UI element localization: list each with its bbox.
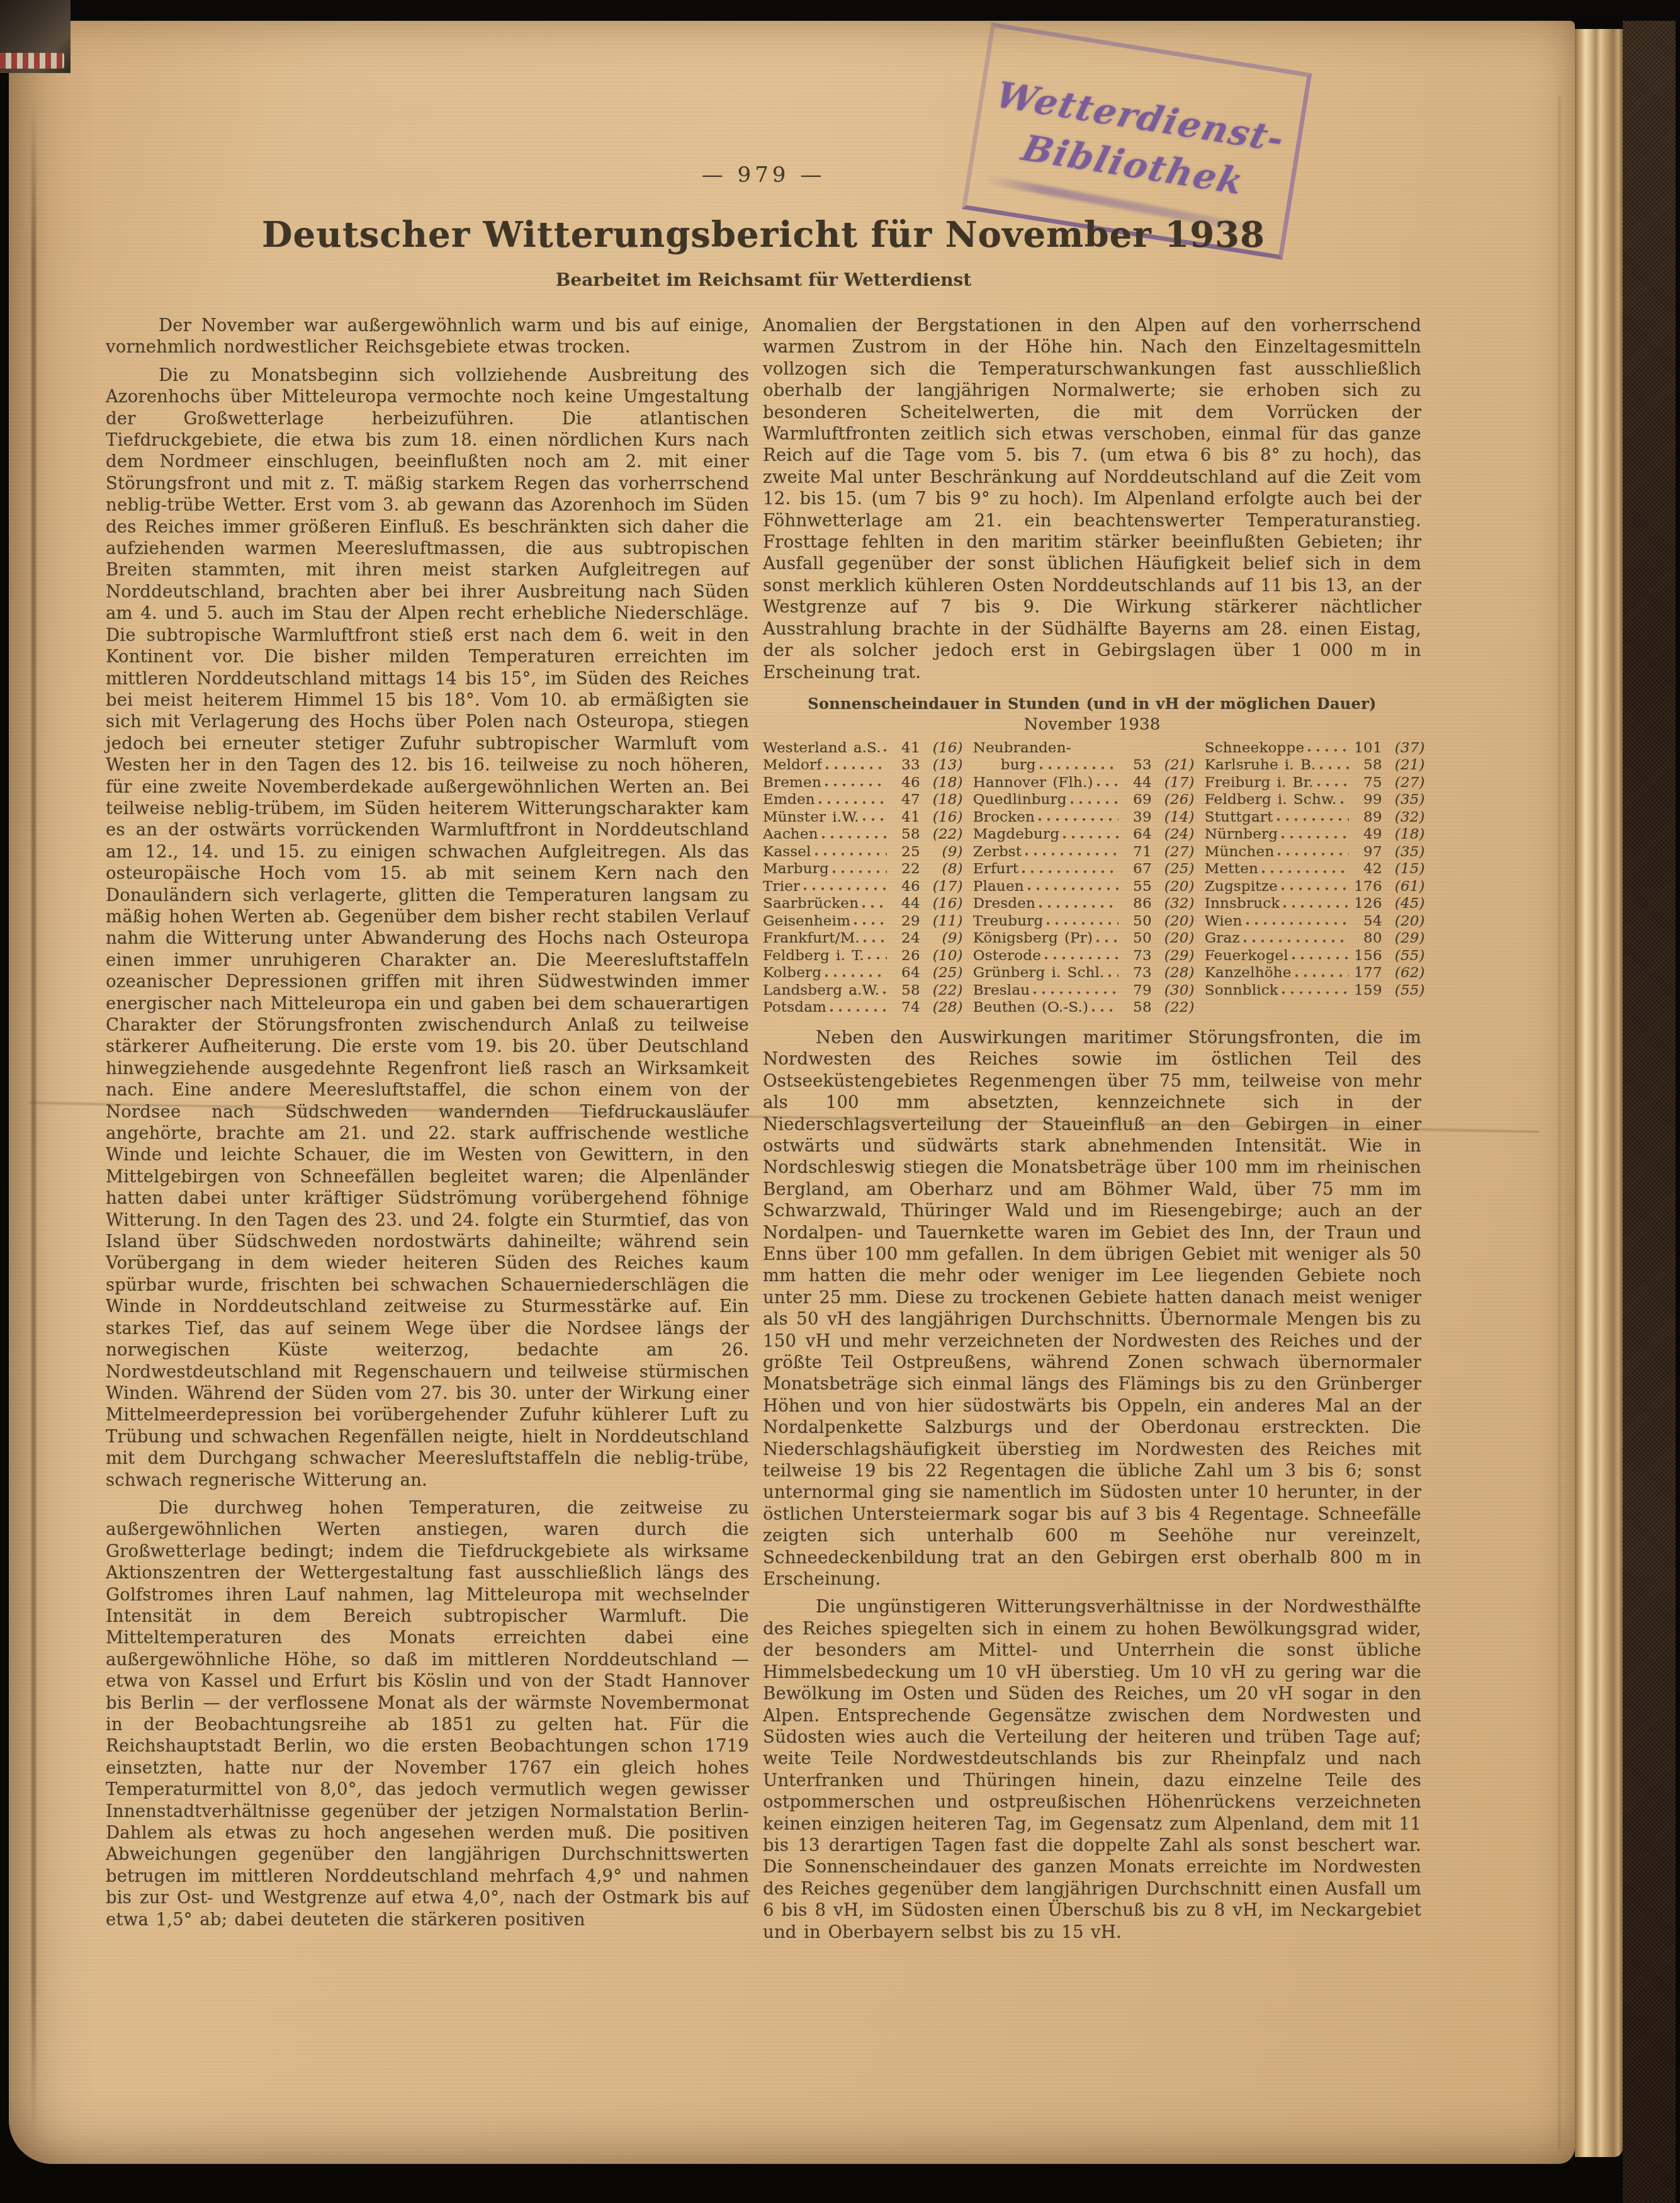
station-name: Trier	[763, 878, 800, 896]
sunshine-percent-value: (28)	[1152, 965, 1195, 982]
dot-leader	[1045, 915, 1118, 928]
table-row: Innsbruck126(45)	[1205, 895, 1425, 913]
paragraph: Neben den Auswirkungen maritimer Störung…	[763, 1027, 1421, 1590]
station-name: Wien	[1205, 913, 1243, 931]
table-row: Westerland a.S.41(16)	[763, 740, 963, 757]
station-name: Hannover (Flh.)	[973, 774, 1093, 792]
table-row: Erfurt67(25)	[973, 861, 1195, 878]
station-name: Sonnblick	[1205, 982, 1278, 1000]
sunshine-percent-value: (16)	[920, 740, 963, 757]
dot-leader	[1037, 811, 1119, 824]
headband	[0, 53, 64, 69]
sunshine-duration-table: Sonnenscheindauer in Stunden (und in vH …	[763, 694, 1421, 1017]
table-row: Hannover (Flh.)44(17)	[973, 774, 1195, 792]
sunshine-hours-value: 25	[889, 844, 920, 861]
sunshine-percent-value: (15)	[1382, 861, 1425, 878]
table-row: Geisenheim29(11)	[763, 913, 963, 931]
dot-leader	[1275, 811, 1349, 824]
document-title: Deutscher Witterungsbericht für November…	[107, 214, 1420, 256]
table-row: Beuthen (O.-S.)58(22)	[973, 999, 1195, 1017]
sunshine-hours-value: 67	[1120, 861, 1152, 878]
dot-leader	[1306, 742, 1348, 755]
station-name: Quedlinburg	[973, 791, 1067, 809]
station-name: Kassel	[763, 844, 811, 861]
sunshine-percent-value: (21)	[1152, 757, 1195, 774]
station-name: Potsdam	[763, 999, 826, 1017]
table-row: Feldberg i. Schw.99(35)	[1205, 791, 1425, 809]
sunshine-percent-value: (22)	[1152, 999, 1195, 1017]
dot-leader	[823, 776, 887, 790]
sunshine-percent-value: (22)	[920, 982, 963, 1000]
sunshine-percent-value: (30)	[1152, 982, 1195, 1000]
dot-leader	[1020, 863, 1118, 876]
table-row: Schneekoppe101(37)	[1205, 740, 1425, 757]
dot-leader	[1318, 759, 1349, 773]
sunshine-percent-value: (8)	[920, 861, 963, 878]
sunshine-percent-value: (17)	[1152, 774, 1195, 792]
sunshine-percent-value: (62)	[1382, 965, 1425, 982]
sunshine-hours-value: 46	[889, 774, 920, 792]
table-row: Feuerkogel156(55)	[1205, 948, 1425, 965]
station-name: Emden	[763, 791, 815, 809]
sunshine-hours-value: 53	[1120, 757, 1152, 774]
station-name: Innsbruck	[1205, 895, 1280, 913]
dot-leader	[1260, 863, 1349, 876]
sunshine-percent-value: (25)	[920, 965, 963, 982]
station-name: Saarbrücken	[763, 895, 859, 913]
table-row: München97(35)	[1205, 844, 1425, 861]
right-text-column: Anomalien der Bergstationen in den Alpen…	[763, 315, 1421, 1949]
station-name: Feuerkogel	[1205, 948, 1288, 965]
sunshine-hours-value: 41	[889, 740, 920, 757]
spine-crease	[31, 103, 36, 2136]
sunshine-hours-value: 73	[1120, 965, 1152, 982]
sunshine-percent-value: (18)	[920, 791, 963, 809]
sunshine-percent-value: (32)	[1152, 895, 1195, 913]
sunshine-hours-value: 89	[1351, 809, 1382, 827]
station-name: Königsberg (Pr)	[973, 930, 1093, 948]
dot-leader	[823, 967, 886, 980]
left-text-column: Der November war außergewöhnlich warm un…	[106, 315, 749, 1937]
station-name: Karlsruhe i. B.	[1205, 757, 1316, 774]
table-row: Bremen46(18)	[763, 774, 963, 792]
sunshine-percent-value: (13)	[920, 757, 963, 774]
sunshine-hours-value: 79	[1120, 982, 1152, 1000]
sunshine-table-column: Westerland a.S.41(16)Meldorf33(13)Bremen…	[763, 740, 963, 1017]
sunshine-hours-value: 75	[1351, 774, 1382, 792]
sunshine-percent-value: (55)	[1382, 948, 1425, 965]
sunshine-percent-value: (9)	[920, 930, 963, 948]
table-row: Osterode73(29)	[973, 948, 1195, 965]
dot-leader	[1107, 967, 1119, 980]
sunshine-hours-value: 177	[1351, 965, 1382, 982]
dot-leader	[1095, 776, 1119, 790]
table-row: Saarbrücken44(16)	[763, 895, 963, 913]
table-row: Trier46(17)	[763, 878, 963, 896]
sunshine-percent-value: (18)	[920, 774, 963, 792]
table-row: Magdeburg64(24)	[973, 826, 1195, 844]
sunshine-percent-value: (20)	[1382, 913, 1425, 931]
dot-leader	[1095, 932, 1119, 946]
dot-leader	[862, 932, 887, 946]
station-name: Osterode	[973, 948, 1041, 965]
station-name: Kolberg	[763, 965, 821, 982]
table-row: Marburg22(8)	[763, 861, 963, 878]
sunshine-hours-value: 58	[1120, 999, 1152, 1017]
sunshine-percent-value: (11)	[920, 913, 963, 931]
station-name: Treuburg	[973, 913, 1044, 931]
station-name: Plauen	[973, 878, 1024, 896]
dot-leader	[861, 811, 887, 824]
sunshine-hours-value: 58	[889, 826, 920, 844]
table-row: Feldberg i. T.26(10)	[763, 948, 963, 965]
station-name: Brocken	[973, 809, 1035, 827]
scan-top-shadow	[0, 0, 1680, 21]
sunshine-percent-value: (61)	[1382, 878, 1425, 896]
sunshine-percent-value: (26)	[1152, 791, 1195, 809]
dot-leader	[1090, 1002, 1119, 1015]
table-row: Metten42(15)	[1205, 861, 1425, 878]
paragraph-continuation: Anomalien der Bergstationen in den Alpen…	[763, 315, 1421, 683]
table-row: Brocken39(14)	[973, 809, 1195, 827]
sunshine-table-column: Neubranden-burg53(21)Hannover (Flh.)44(1…	[973, 740, 1195, 1017]
table-row: Karlsruhe i. B.58(21)	[1205, 757, 1425, 774]
station-name: Westerland a.S.	[763, 740, 880, 757]
sunshine-hours-value: 69	[1120, 791, 1152, 809]
station-name: Bremen	[763, 774, 821, 792]
paragraph: Die durchweg hohen Temperaturen, die zei…	[106, 1497, 749, 1930]
table-title: Sonnenscheindauer in Stunden (und in vH …	[763, 694, 1421, 713]
station-name: Kanzelhöhe	[1205, 965, 1292, 982]
dot-leader	[1032, 984, 1118, 997]
sunshine-hours-value: 50	[1120, 930, 1152, 948]
station-name: Stuttgart	[1205, 809, 1273, 827]
table-row: Quedlinburg69(26)	[973, 791, 1195, 809]
sunshine-hours-value: 99	[1351, 791, 1382, 809]
dot-leader	[1290, 949, 1349, 963]
table-row: Stuttgart89(32)	[1205, 809, 1425, 827]
sunshine-table-columns: Westerland a.S.41(16)Meldorf33(13)Bremen…	[763, 740, 1421, 1017]
sunshine-percent-value: (35)	[1382, 791, 1425, 809]
table-row: Freiburg i. Br.75(27)	[1205, 774, 1425, 792]
sunshine-percent-value: (27)	[1382, 774, 1425, 792]
table-row: Grünberg i. Schl.73(28)	[973, 965, 1195, 982]
sunshine-percent-value: (24)	[1152, 826, 1195, 844]
sunshine-hours-value: 41	[889, 809, 920, 827]
station-name: Metten	[1205, 861, 1258, 878]
sunshine-hours-value: 24	[889, 930, 920, 948]
dot-leader	[828, 1002, 887, 1015]
sunshine-hours-value: 74	[889, 999, 920, 1017]
dot-leader	[1026, 880, 1119, 893]
sunshine-hours-value: 58	[1351, 757, 1382, 774]
dot-leader	[860, 898, 887, 911]
sunshine-hours-value: 64	[1120, 826, 1152, 844]
sunshine-percent-value: (9)	[920, 844, 963, 861]
station-name: Beuthen (O.-S.)	[973, 999, 1088, 1017]
sunshine-percent-value: (22)	[920, 826, 963, 844]
table-row: Landsberg a.W.58(22)	[763, 982, 963, 1000]
table-row: Dresden86(32)	[973, 895, 1195, 913]
dot-leader	[852, 915, 887, 928]
dot-leader	[1244, 915, 1349, 928]
dot-leader	[881, 984, 887, 997]
sunshine-hours-value: 73	[1120, 948, 1152, 965]
table-row: Zugspitze176(61)	[1205, 878, 1425, 896]
document-subtitle: Bearbeitet im Reichsamt für Wetterdienst	[107, 269, 1420, 290]
sunshine-percent-value: (25)	[1152, 861, 1195, 878]
dot-leader	[1316, 776, 1349, 790]
sunshine-hours-value: 29	[889, 913, 920, 931]
table-row: Potsdam74(28)	[763, 999, 963, 1017]
sunshine-hours-value: 101	[1351, 740, 1382, 757]
sunshine-hours-value: 54	[1351, 913, 1382, 931]
paragraph: Der November war außergewöhnlich warm un…	[106, 315, 749, 358]
table-row: Königsberg (Pr)50(20)	[973, 930, 1195, 948]
paragraph: Die zu Monatsbeginn sich vollziehende Au…	[106, 365, 749, 1491]
station-name: Feldberg i. Schw.	[1205, 791, 1337, 809]
table-row: Zerbst71(27)	[973, 844, 1195, 861]
sunshine-hours-value: 49	[1351, 826, 1382, 844]
sunshine-hours-value: 176	[1351, 878, 1382, 896]
table-row: Sonnblick159(55)	[1205, 982, 1425, 1000]
table-row: Meldorf33(13)	[763, 757, 963, 774]
station-name: Aachen	[763, 826, 818, 844]
station-name-wrap: Neubranden-	[973, 740, 1195, 757]
sunshine-hours-value: 39	[1120, 809, 1152, 827]
sunshine-percent-value: (29)	[1382, 930, 1425, 948]
sunshine-percent-value: (18)	[1382, 826, 1425, 844]
station-name: Meldorf	[763, 757, 822, 774]
sunshine-hours-value: 97	[1351, 844, 1382, 861]
sunshine-percent-value: (32)	[1382, 809, 1425, 827]
station-name: Graz	[1205, 930, 1240, 948]
table-row: Frankfurt/M.24(9)	[763, 930, 963, 948]
book-cover-edge	[1623, 0, 1676, 2203]
sunshine-hours-value: 50	[1120, 913, 1152, 931]
sunshine-hours-value: 126	[1351, 895, 1382, 913]
table-row: burg53(21)	[973, 757, 1195, 774]
sunshine-hours-value: 86	[1120, 895, 1152, 913]
station-name: Frankfurt/M.	[763, 930, 860, 948]
sunshine-hours-value: 64	[889, 965, 920, 982]
station-name: Landsberg a.W.	[763, 982, 879, 1000]
dot-leader	[1069, 794, 1119, 807]
scanned-book-page: { "page": { "folio": "— 979 —" }, "stamp…	[0, 0, 1680, 2203]
station-name: München	[1205, 844, 1275, 861]
dot-leader	[1282, 898, 1348, 911]
sunshine-hours-value: 33	[889, 757, 920, 774]
sunshine-percent-value: (14)	[1152, 809, 1195, 827]
sunshine-percent-value: (21)	[1382, 757, 1425, 774]
sunshine-hours-value: 22	[889, 861, 920, 878]
station-name: Breslau	[973, 982, 1030, 1000]
table-row: Emden47(18)	[763, 791, 963, 809]
sunshine-percent-value: (29)	[1152, 948, 1195, 965]
sunshine-hours-value: 80	[1351, 930, 1382, 948]
station-name: Dresden	[973, 895, 1035, 913]
dot-leader	[1061, 829, 1119, 842]
table-row: Kanzelhöhe177(62)	[1205, 965, 1425, 982]
table-row: Treuburg50(20)	[973, 913, 1195, 931]
dot-leader	[1276, 846, 1348, 859]
sunshine-hours-value: 71	[1120, 844, 1152, 861]
station-name: Freiburg i. Br.	[1205, 774, 1314, 792]
sunshine-percent-value: (20)	[1152, 913, 1195, 931]
station-name: Grünberg i. Schl.	[973, 965, 1105, 982]
station-name: burg	[1001, 757, 1036, 774]
table-date: November 1938	[763, 713, 1421, 736]
sunshine-percent-value: (16)	[920, 809, 963, 827]
station-name: Geisenheim	[763, 913, 850, 931]
sunshine-percent-value: (17)	[920, 878, 963, 896]
dot-leader	[824, 759, 887, 773]
dot-leader	[1023, 846, 1118, 859]
sunshine-percent-value: (20)	[1152, 930, 1195, 948]
table-row: Plauen55(20)	[973, 878, 1195, 896]
sunshine-percent-value: (35)	[1382, 844, 1425, 861]
sunshine-hours-value: 26	[889, 948, 920, 965]
sunshine-table-column: Schneekoppe101(37)Karlsruhe i. B.58(21)F…	[1205, 740, 1425, 1017]
dot-leader	[1280, 880, 1349, 893]
station-name: Erfurt	[973, 861, 1019, 878]
sunshine-hours-value: 42	[1351, 861, 1382, 878]
paragraph: Die ungünstigeren Witterungsverhältnisse…	[763, 1596, 1421, 1943]
sunshine-hours-value: 44	[889, 895, 920, 913]
dot-leader	[1038, 759, 1119, 773]
station-name: Nürnberg	[1205, 826, 1278, 844]
dot-leader	[866, 949, 887, 963]
dot-leader	[802, 880, 886, 893]
table-row: Aachen58(22)	[763, 826, 963, 844]
dot-leader	[1339, 794, 1349, 807]
station-name: Zerbst	[973, 844, 1022, 861]
fore-edge-crease	[1559, 96, 1560, 2149]
dot-leader	[1242, 932, 1349, 946]
station-name: Schneekoppe	[1205, 740, 1305, 757]
table-row: Kassel25(9)	[763, 844, 963, 861]
sunshine-percent-value: (37)	[1382, 740, 1425, 757]
sunshine-percent-value: (20)	[1152, 878, 1195, 896]
sunshine-percent-value: (28)	[920, 999, 963, 1017]
dot-leader	[1294, 967, 1349, 980]
dot-leader	[882, 742, 887, 755]
sunshine-hours-value: 159	[1351, 982, 1382, 1000]
table-row: Nürnberg49(18)	[1205, 826, 1425, 844]
table-row: Kolberg64(25)	[763, 965, 963, 982]
sunshine-percent-value: (16)	[920, 895, 963, 913]
station-name: Marburg	[763, 861, 829, 878]
table-row: Breslau79(30)	[973, 982, 1195, 1000]
dot-leader	[1280, 829, 1349, 842]
sunshine-percent-value: (27)	[1152, 844, 1195, 861]
sunshine-percent-value: (45)	[1382, 895, 1425, 913]
sunshine-percent-value: (55)	[1382, 982, 1425, 1000]
table-row: Graz80(29)	[1205, 930, 1425, 948]
sunshine-hours-value: 46	[889, 878, 920, 896]
sunshine-hours-value: 47	[889, 791, 920, 809]
dot-leader	[831, 863, 887, 876]
dot-leader	[1280, 984, 1349, 997]
dot-leader	[820, 829, 887, 842]
sunshine-hours-value: 58	[889, 982, 920, 1000]
dot-leader	[1037, 898, 1119, 911]
sunshine-hours-value: 55	[1120, 878, 1152, 896]
dot-leader	[813, 846, 887, 859]
station-name: Magdeburg	[973, 826, 1059, 844]
station-name: Feldberg i. T.	[763, 948, 864, 965]
dot-leader	[817, 794, 887, 807]
station-name: Münster i.W.	[763, 809, 859, 827]
table-row: Wien54(20)	[1205, 913, 1425, 931]
page-stack-edges	[1575, 29, 1623, 2157]
sunshine-percent-value: (10)	[920, 948, 963, 965]
table-row: Münster i.W.41(16)	[763, 809, 963, 827]
dot-leader	[1043, 949, 1119, 963]
station-name: Zugspitze	[1205, 878, 1278, 896]
sunshine-hours-value: 44	[1120, 774, 1152, 792]
sunshine-hours-value: 156	[1351, 948, 1382, 965]
